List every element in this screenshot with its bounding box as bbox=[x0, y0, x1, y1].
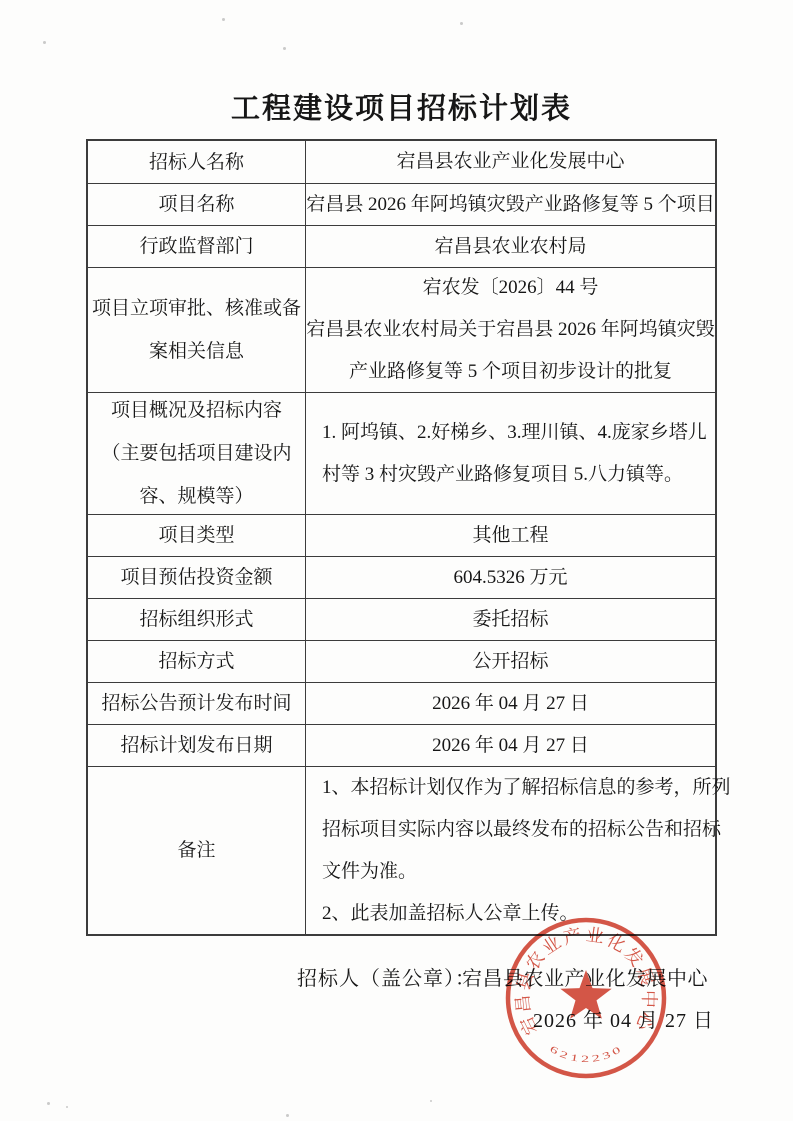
page-title: 工程建设项目招标计划表 bbox=[86, 86, 717, 127]
row-value-line: 2026 年 04 月 27 日 bbox=[432, 683, 589, 725]
table-row: 招标公告预计发布时间 2026 年 04 月 27 日 bbox=[88, 682, 715, 724]
row-label-line: 招标方式 bbox=[158, 640, 234, 683]
row-value-line: 1. 阿坞镇、2.好梯乡、3.理川镇、4.庞家乡塔儿 bbox=[322, 412, 707, 454]
row-value: 2026 年 04 月 27 日 bbox=[306, 725, 715, 766]
scan-speck bbox=[283, 47, 286, 50]
row-label-line: （主要包括项目建设内 bbox=[101, 432, 291, 475]
row-value-line: 604.5326 万元 bbox=[453, 557, 567, 599]
row-value: 1、本招标计划仅作为了解招标信息的参考，所列 招标项目实际内容以最终发布的招标公… bbox=[306, 767, 739, 934]
row-label: 项目概况及招标内容 （主要包括项目建设内 容、规模等） bbox=[88, 393, 306, 514]
row-label-line: 招标人名称 bbox=[149, 141, 244, 184]
row-label-line: 招标计划发布日期 bbox=[120, 724, 272, 767]
row-label-line: 招标组织形式 bbox=[139, 598, 253, 641]
row-value-line: 宕昌县农业农村局 bbox=[434, 226, 586, 268]
row-label: 行政监督部门 bbox=[88, 226, 306, 267]
row-label-line: 容、规模等） bbox=[139, 475, 253, 518]
row-value-line: 委托招标 bbox=[472, 599, 548, 641]
row-label: 招标组织形式 bbox=[88, 599, 306, 640]
scan-speck bbox=[460, 22, 463, 25]
row-label-line: 项目预估投资金额 bbox=[120, 556, 272, 599]
row-value-line: 宕农发〔2026〕44 号 bbox=[423, 267, 599, 309]
row-value: 1. 阿坞镇、2.好梯乡、3.理川镇、4.庞家乡塔儿 村等 3 村灾毁产业路修复… bbox=[306, 393, 715, 514]
row-value: 其他工程 bbox=[306, 515, 715, 556]
row-value-line: 1、本招标计划仅作为了解招标信息的参考，所列 bbox=[322, 767, 731, 809]
table-row: 项目名称 宕昌县 2026 年阿坞镇灾毁产业路修复等 5 个项目 bbox=[88, 183, 715, 225]
row-label: 项目名称 bbox=[88, 184, 306, 225]
row-label: 备注 bbox=[88, 767, 306, 934]
row-value: 宕昌县农业农村局 bbox=[306, 226, 715, 267]
row-value-line: 宕昌县农业产业化发展中心 bbox=[396, 141, 624, 183]
row-label-line: 招标公告预计发布时间 bbox=[101, 682, 291, 725]
row-value: 宕农发〔2026〕44 号 宕昌县农业农村局关于宕昌县 2026 年阿坞镇灾毁 … bbox=[306, 268, 715, 392]
row-value-line: 村等 3 村灾毁产业路修复项目 5.八力镇等。 bbox=[322, 454, 683, 496]
row-label-line: 案相关信息 bbox=[149, 330, 244, 373]
table-row: 项目概况及招标内容 （主要包括项目建设内 容、规模等） 1. 阿坞镇、2.好梯乡… bbox=[88, 392, 715, 514]
table-row: 行政监督部门 宕昌县农业农村局 bbox=[88, 225, 715, 267]
row-label-line: 项目立项审批、核准或备 bbox=[92, 287, 301, 330]
bidding-plan-table: 招标人名称 宕昌县农业产业化发展中心 项目名称 宕昌县 2026 年阿坞镇灾毁产… bbox=[86, 139, 717, 936]
table-row: 备注 1、本招标计划仅作为了解招标信息的参考，所列 招标项目实际内容以最终发布的… bbox=[88, 766, 715, 934]
scan-speck bbox=[66, 1106, 68, 1108]
row-value: 委托招标 bbox=[306, 599, 715, 640]
row-value: 公开招标 bbox=[306, 641, 715, 682]
row-label: 项目类型 bbox=[88, 515, 306, 556]
scan-speck bbox=[222, 18, 225, 21]
table-row: 招标人名称 宕昌县农业产业化发展中心 bbox=[88, 141, 715, 183]
row-label: 项目预估投资金额 bbox=[88, 557, 306, 598]
scan-speck bbox=[286, 1114, 289, 1117]
row-value: 宕昌县农业产业化发展中心 bbox=[306, 141, 715, 183]
row-label-line: 备注 bbox=[177, 829, 215, 872]
table-row: 招标方式 公开招标 bbox=[88, 640, 715, 682]
row-label-line: 项目名称 bbox=[158, 183, 234, 226]
row-label-line: 行政监督部门 bbox=[139, 225, 253, 268]
row-label: 招标人名称 bbox=[88, 141, 306, 183]
row-label-line: 项目概况及招标内容 bbox=[111, 389, 282, 432]
row-value-line: 2026 年 04 月 27 日 bbox=[432, 725, 589, 767]
row-label: 招标计划发布日期 bbox=[88, 725, 306, 766]
row-value-line: 招标项目实际内容以最终发布的招标公告和招标 bbox=[322, 809, 721, 851]
row-value-line: 文件为准。 bbox=[322, 851, 417, 893]
row-value-line: 2、此表加盖招标人公章上传。 bbox=[322, 893, 579, 935]
row-label: 招标方式 bbox=[88, 641, 306, 682]
scan-speck bbox=[430, 1100, 432, 1102]
row-value: 604.5326 万元 bbox=[306, 557, 715, 598]
scanned-document-page: 工程建设项目招标计划表 招标人名称 宕昌县农业产业化发展中心 项目名称 宕昌县 … bbox=[0, 0, 793, 1121]
official-seal: 宕昌县农业产业化发展中心 6212230004797 bbox=[500, 912, 672, 1084]
signature-label: 招标人（盖公章）： bbox=[297, 962, 476, 991]
table-row: 项目类型 其他工程 bbox=[88, 514, 715, 556]
row-label: 项目立项审批、核准或备 案相关信息 bbox=[88, 268, 306, 392]
row-value-line: 宕昌县农业农村局关于宕昌县 2026 年阿坞镇灾毁 bbox=[306, 309, 715, 351]
row-value-line: 其他工程 bbox=[472, 515, 548, 557]
row-value-line: 宕昌县 2026 年阿坞镇灾毁产业路修复等 5 个项目 bbox=[306, 184, 715, 226]
table-row: 项目立项审批、核准或备 案相关信息 宕农发〔2026〕44 号 宕昌县农业农村局… bbox=[88, 267, 715, 392]
signature-name: 宕昌县农业产业化发展中心 bbox=[462, 962, 708, 991]
row-label: 招标公告预计发布时间 bbox=[88, 683, 306, 724]
scan-speck bbox=[43, 41, 46, 44]
scan-speck bbox=[47, 1102, 50, 1105]
signature-date: 2026 年 04 月 27 日 bbox=[533, 1004, 714, 1033]
table-row: 招标组织形式 委托招标 bbox=[88, 598, 715, 640]
row-value-line: 产业路修复等 5 个项目初步设计的批复 bbox=[349, 351, 672, 393]
row-value: 宕昌县 2026 年阿坞镇灾毁产业路修复等 5 个项目 bbox=[306, 184, 715, 225]
table-row: 项目预估投资金额 604.5326 万元 bbox=[88, 556, 715, 598]
row-value: 2026 年 04 月 27 日 bbox=[306, 683, 715, 724]
row-label-line: 项目类型 bbox=[158, 514, 234, 557]
row-value-line: 公开招标 bbox=[472, 641, 548, 683]
seal-ring bbox=[508, 920, 664, 1076]
table-row: 招标计划发布日期 2026 年 04 月 27 日 bbox=[88, 724, 715, 766]
